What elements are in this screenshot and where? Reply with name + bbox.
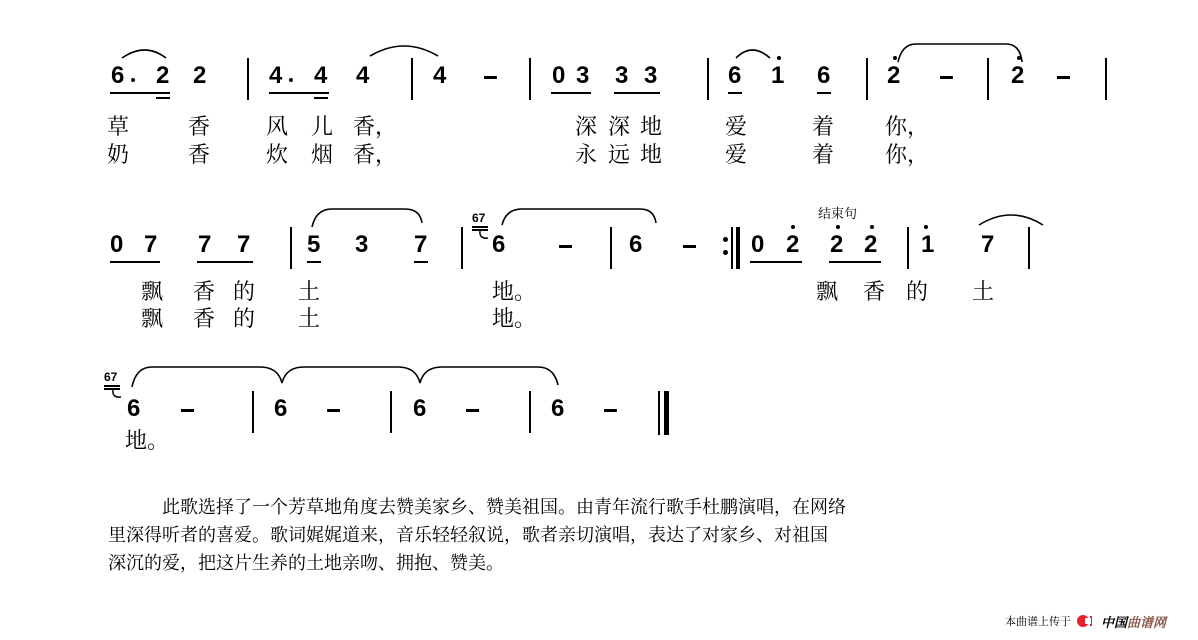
high-octave-dot (924, 225, 928, 229)
barline (736, 227, 740, 269)
grace-note: 67 (104, 371, 117, 383)
lyric: 着 (812, 116, 834, 140)
lyric: 炊 (266, 144, 288, 168)
lyric: 儿 (311, 116, 333, 140)
tie (896, 42, 1026, 64)
high-octave-dot (777, 56, 781, 60)
high-octave-dot (836, 225, 840, 229)
dash (466, 409, 479, 412)
final-barline (658, 391, 660, 435)
note: 6 (111, 64, 124, 88)
note: 2 (830, 233, 843, 257)
description-line-2: 里深得听者的喜爱。歌词娓娓道来，音乐轻轻叙说，歌者亲切演唱，表达了对家乡、对祖国 (108, 522, 828, 550)
lyric: 深 (608, 116, 630, 140)
dash (940, 76, 953, 79)
footer: 本曲谱上传于 中国 曲谱网 (1005, 613, 1166, 629)
barline (529, 58, 531, 100)
underline (104, 385, 120, 387)
dot (289, 78, 293, 82)
lyric: 飘 (141, 281, 163, 305)
note: 2 (786, 233, 799, 257)
lyric: 香， (353, 116, 397, 140)
brand-accent: 曲谱网 (1127, 612, 1166, 631)
upload-text: 本曲谱上传于 (1005, 613, 1071, 629)
note: 6 (492, 233, 505, 257)
brand-link[interactable]: 中国 曲谱网 (1101, 612, 1166, 631)
barline (866, 58, 868, 100)
lyric: 深 (575, 116, 597, 140)
lyric: 爱 (725, 144, 747, 168)
lyric: 土 (972, 281, 994, 305)
tie (130, 361, 570, 391)
lyric: 地。 (492, 308, 536, 332)
barline (731, 227, 733, 269)
underline (314, 97, 328, 99)
note: 6 (728, 64, 741, 88)
lyric: 奶 (107, 144, 129, 168)
dash (604, 409, 617, 412)
dash (484, 76, 497, 79)
underline (750, 261, 802, 263)
lyric: 土 (298, 281, 320, 305)
underline (414, 261, 428, 263)
note: 2 (193, 64, 206, 88)
note: 3 (615, 64, 628, 88)
lyric: 着 (812, 144, 834, 168)
lyric: 草 (107, 116, 129, 140)
note: 7 (144, 233, 157, 257)
lyric: 地。 (125, 430, 169, 454)
note: 3 (576, 64, 589, 88)
lyric: 飘 (141, 308, 163, 332)
lyric: 地 (640, 144, 662, 168)
underline (614, 92, 660, 94)
note: 7 (414, 233, 427, 257)
barline (290, 227, 292, 269)
lyric: 香， (353, 144, 397, 168)
note: 6 (629, 233, 642, 257)
note: 1 (771, 64, 784, 88)
dash (181, 409, 194, 412)
barline (252, 391, 254, 433)
brand-logo-bars (1090, 616, 1098, 626)
barline (461, 227, 463, 269)
score-row-3: 67 6 6 6 6 (0, 397, 1198, 437)
note: 7 (981, 233, 994, 257)
dash (327, 409, 340, 412)
barline (1028, 227, 1030, 269)
final-barline (664, 391, 669, 435)
tie (310, 205, 425, 229)
note: 2 (156, 64, 169, 88)
barline (1105, 58, 1107, 100)
note: 6 (817, 64, 830, 88)
lyric: 的 (906, 281, 928, 305)
underline (551, 92, 591, 94)
high-octave-dot (791, 225, 795, 229)
score-row-2: 0 7 7 7 5 3 7 67 6 6 0 2 2 2 1 7 (0, 233, 1198, 273)
note: 7 (198, 233, 211, 257)
ending-label: 结束句 (818, 203, 857, 222)
slur (368, 42, 440, 58)
lyric: 烟 (311, 144, 333, 168)
note: 0 (751, 233, 764, 257)
repeat-dot (723, 237, 728, 242)
lyric: 土 (298, 308, 320, 332)
lyric: 你， (885, 144, 929, 168)
note: 6 (127, 397, 140, 421)
note: 6 (274, 397, 287, 421)
note: 4 (269, 64, 282, 88)
barline (411, 58, 413, 100)
score-row-1: 6 2 2 4 4 4 4 0 3 3 3 6 1 6 2 2 (0, 64, 1198, 104)
high-octave-dot (870, 225, 874, 229)
note: 4 (356, 64, 369, 88)
underline (829, 261, 881, 263)
lyric: 香 (193, 308, 215, 332)
lyric: 飘 (816, 281, 838, 305)
brand-main: 中国 (1101, 612, 1127, 631)
note: 2 (887, 64, 900, 88)
note: 4 (314, 64, 327, 88)
lyric: 地 (640, 116, 662, 140)
underline (110, 261, 160, 263)
barline (987, 58, 989, 100)
description-line-3: 深沉的爱，把这片生养的土地亲吻、拥抱、赞美。 (108, 550, 504, 578)
underline (472, 226, 488, 228)
barline (610, 227, 612, 269)
note: 2 (1011, 64, 1024, 88)
underline (817, 92, 831, 94)
note: 3 (644, 64, 657, 88)
note: 0 (110, 233, 123, 257)
lyric: 香 (193, 281, 215, 305)
lyric: 你， (885, 116, 929, 140)
dash (683, 245, 696, 248)
barline (907, 227, 909, 269)
barline (529, 391, 531, 433)
underline (269, 92, 329, 94)
lyric: 香 (863, 281, 885, 305)
lyric: 的 (233, 308, 255, 332)
lyric: 的 (233, 281, 255, 305)
lyric: 香 (188, 144, 210, 168)
grace-slur (478, 231, 490, 241)
lyric: 爱 (725, 116, 747, 140)
brand-logo-icon (1077, 615, 1089, 627)
note: 3 (355, 233, 368, 257)
tie (500, 205, 660, 231)
description-line-1: 此歌选择了一个芳草地角度去赞美家乡、赞美祖国。由青年流行歌手杜鹏演唱，在网络 (162, 494, 846, 522)
lyric: 香 (188, 116, 210, 140)
high-octave-dot (893, 56, 897, 60)
underline (197, 261, 253, 263)
slur (977, 211, 1047, 227)
lyric: 地。 (492, 281, 536, 305)
underline (307, 261, 321, 263)
note: 5 (307, 233, 320, 257)
underline (110, 92, 170, 94)
underline (156, 97, 170, 99)
underline (728, 92, 742, 94)
high-octave-dot (1017, 56, 1021, 60)
slur (734, 46, 774, 60)
note: 4 (433, 64, 446, 88)
note: 6 (413, 397, 426, 421)
barline (707, 58, 709, 100)
note: 1 (921, 233, 934, 257)
dash (559, 245, 572, 248)
grace-slur (111, 390, 123, 400)
note: 6 (551, 397, 564, 421)
slur (120, 46, 170, 60)
dash (1057, 76, 1070, 79)
dot (131, 78, 135, 82)
barline (247, 58, 249, 100)
lyric: 风 (266, 116, 288, 140)
barline (390, 391, 392, 433)
repeat-dot (723, 250, 728, 255)
lyric: 远 (608, 144, 630, 168)
note: 0 (552, 64, 565, 88)
note: 2 (864, 233, 877, 257)
lyric: 永 (575, 144, 597, 168)
grace-note: 67 (472, 212, 485, 224)
note: 7 (237, 233, 250, 257)
